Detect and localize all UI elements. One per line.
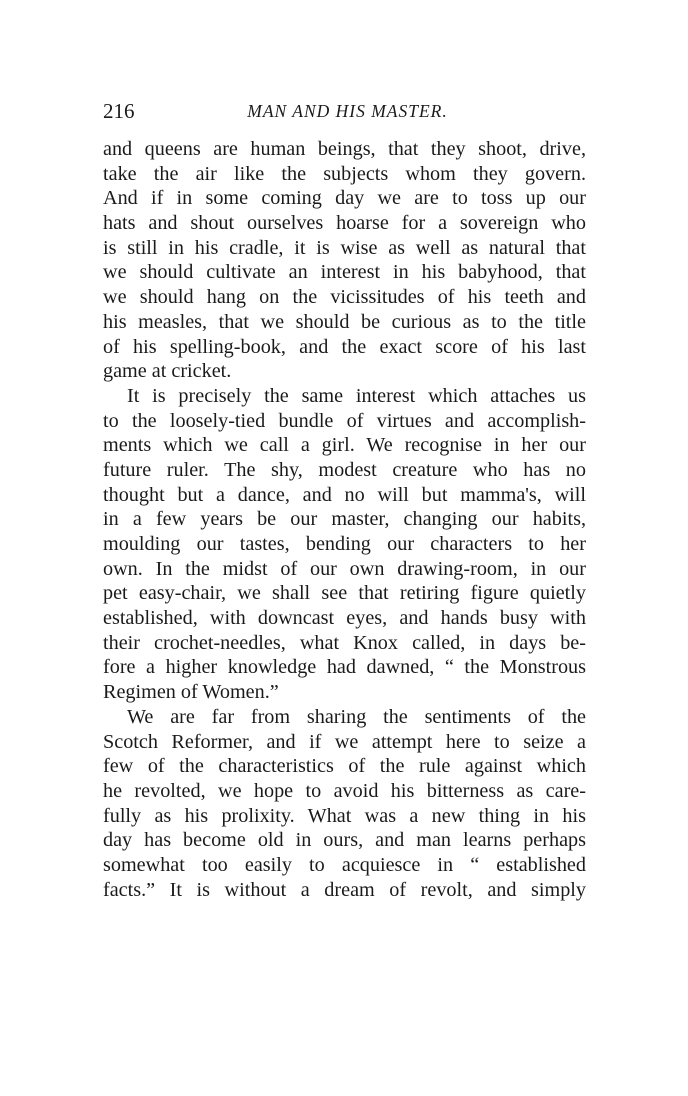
text-line: fore a higher knowledge had dawned, “ th… [103, 655, 586, 680]
text-line: moulding our tastes, bending our charact… [103, 532, 586, 557]
text-line: day has become old in ours, and man lear… [103, 828, 586, 853]
text-line: Scotch Reformer, and if we attempt here … [103, 730, 586, 755]
text-line: established, with downcast eyes, and han… [103, 606, 586, 631]
paragraph-end-line: Regimen of Women.” [103, 680, 586, 705]
text-line: we should cultivate an interest in his b… [103, 260, 586, 285]
text-line: we should hang on the vicissitudes of hi… [103, 285, 586, 310]
text-line: in a few years be our master, changing o… [103, 507, 586, 532]
text-line: own. In the midst of our own drawing-roo… [103, 557, 586, 582]
text-line: And if in some coming day we are to toss… [103, 186, 586, 211]
text-line: pet easy-chair, we shall see that retiri… [103, 581, 586, 606]
text-line: take the air like the subjects whom they… [103, 162, 586, 187]
text-line: and queens are human beings, that they s… [103, 137, 586, 162]
text-line: fully as his prolixity. What was a new t… [103, 804, 586, 829]
text-line: somewhat too easily to acquiesce in “ es… [103, 853, 586, 878]
paragraph-start-line: We are far from sharing the sentiments o… [103, 705, 586, 730]
running-head: 216 MAN AND HIS MASTER. [103, 96, 586, 126]
running-title: MAN AND HIS MASTER. [103, 96, 586, 126]
text-line: to the loosely-tied bundle of virtues an… [103, 409, 586, 434]
book-page: 216 MAN AND HIS MASTER. and queens are h… [103, 96, 586, 902]
text-line: of his spelling-book, and the exact scor… [103, 335, 586, 360]
text-line: their crochet-needles, what Knox called,… [103, 631, 586, 656]
text-line: future ruler. The shy, modest creature w… [103, 458, 586, 483]
text-line: his measles, that we should be curious a… [103, 310, 586, 335]
paragraph-end-line: game at cricket. [103, 359, 586, 384]
text-line: few of the characteristics of the rule a… [103, 754, 586, 779]
paragraph-start-line: It is precisely the same interest which … [103, 384, 586, 409]
body-text: and queens are human beings, that they s… [103, 137, 586, 902]
text-line: he revolted, we hope to avoid his bitter… [103, 779, 586, 804]
text-line: is still in his cradle, it is wise as we… [103, 236, 586, 261]
text-line: facts.” It is without a dream of revolt,… [103, 878, 586, 903]
text-line: thought but a dance, and no will but mam… [103, 483, 586, 508]
text-line: hats and shout ourselves hoarse for a so… [103, 211, 586, 236]
text-line: ments which we call a girl. We recognise… [103, 433, 586, 458]
